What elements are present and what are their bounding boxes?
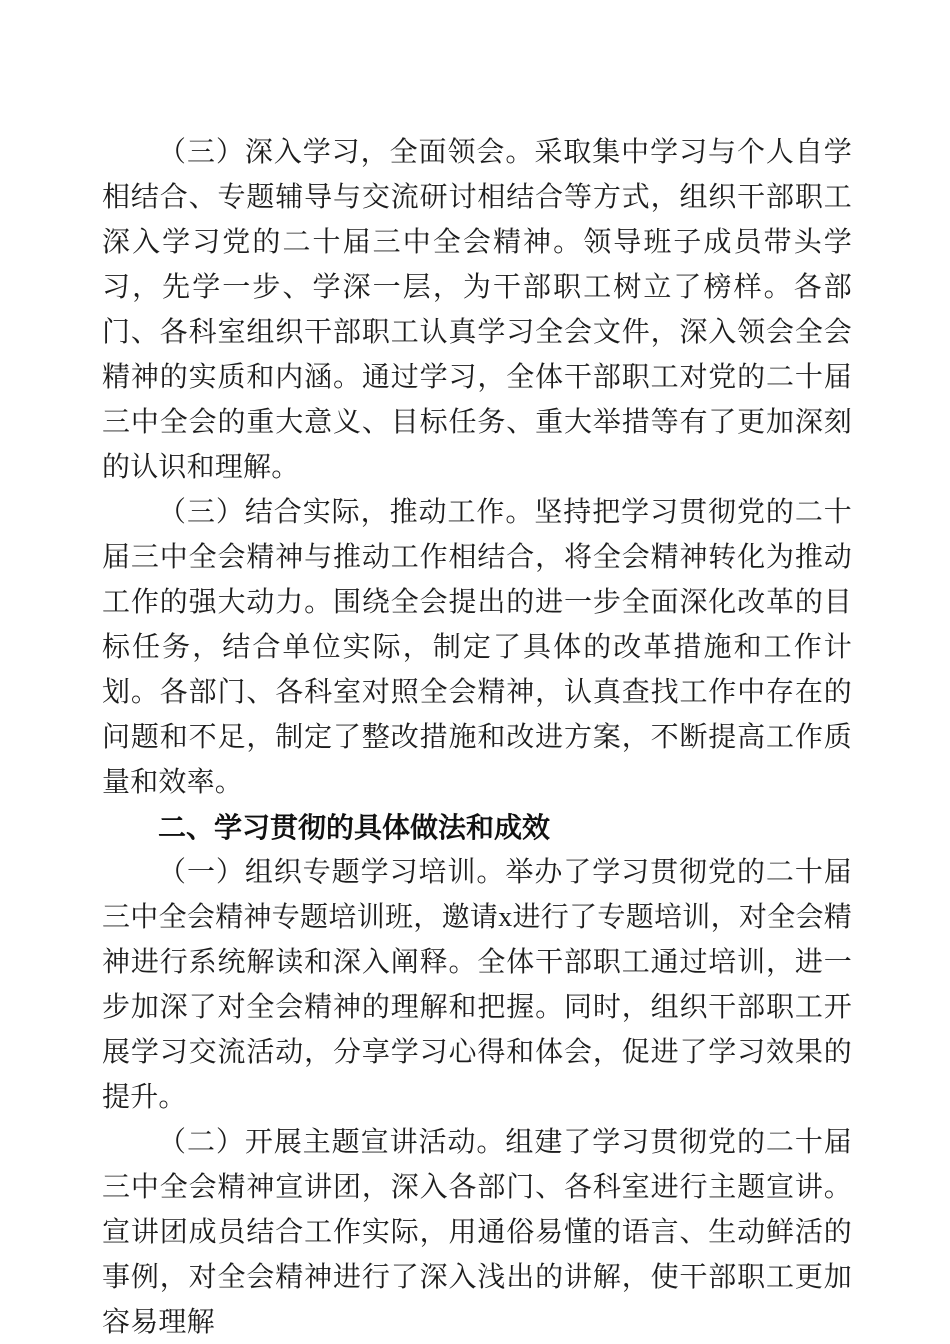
paragraph-lead: （三）结合实际，推动工作。 (158, 497, 534, 528)
paragraph-text: 采取集中学习与个人自学相结合、专题辅导与交流研讨相结合等方式，组织干部职工深入学… (102, 137, 852, 483)
document-content: （三）深入学习，全面领会。采取集中学习与个人自学相结合、专题辅导与交流研讨相结合… (102, 130, 852, 1344)
document-page: （三）深入学习，全面领会。采取集中学习与个人自学相结合、专题辅导与交流研讨相结合… (0, 0, 950, 1344)
paragraph: （三）结合实际，推动工作。坚持把学习贯彻党的二十届三中全会精神与推动工作相结合，… (102, 490, 852, 805)
paragraph: （三）深入学习，全面领会。采取集中学习与个人自学相结合、专题辅导与交流研讨相结合… (102, 130, 852, 490)
paragraph-text: 组建了学习贯彻党的二十届三中全会精神宣讲团，深入各部门、各科室进行主题宣讲。宣讲… (102, 1127, 852, 1338)
section-heading: 二、学习贯彻的具体做法和成效 (102, 805, 852, 850)
paragraph-text: 坚持把学习贯彻党的二十届三中全会精神与推动工作相结合，将全会精神转化为推动工作的… (102, 497, 852, 798)
paragraph-text: 举办了学习贯彻党的二十届三中全会精神专题培训班，邀请x进行了专题培训，对全会精神… (102, 857, 852, 1113)
paragraph-lead: （二）开展主题宣讲活动。 (158, 1127, 505, 1158)
paragraph: （一）组织专题学习培训。举办了学习贯彻党的二十届三中全会精神专题培训班，邀请x进… (102, 850, 852, 1120)
paragraph: （二）开展主题宣讲活动。组建了学习贯彻党的二十届三中全会精神宣讲团，深入各部门、… (102, 1120, 852, 1344)
paragraph-lead: （三）深入学习，全面领会。 (158, 137, 534, 168)
paragraph-lead: （一）组织专题学习培训。 (158, 857, 505, 888)
